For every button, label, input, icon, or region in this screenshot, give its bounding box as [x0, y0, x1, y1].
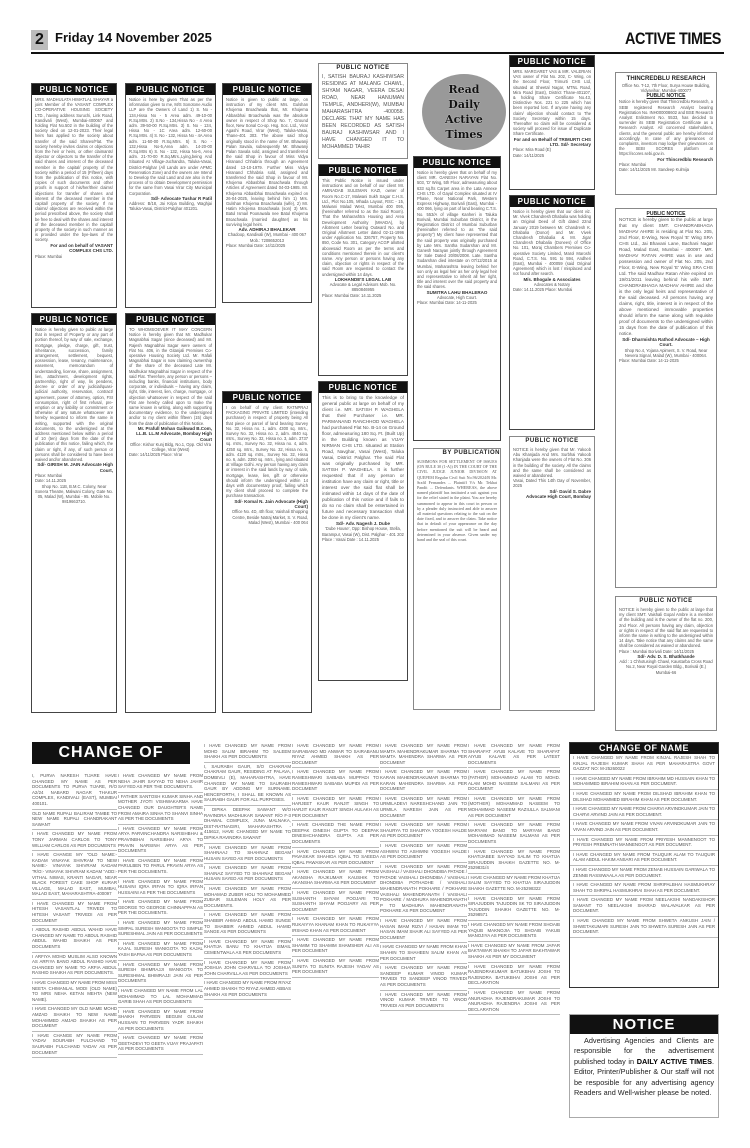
name-change-entry: I HAVE CHANGED MY NAME FROM TONY JARMAN … [32, 830, 117, 851]
notice-ambre: PUBLIC NOTICE NOTICE is hereby given to … [615, 596, 717, 731]
name-change-entry: I HAVE CHANGED MY NAME FROM PRIYESH MANN… [570, 836, 718, 851]
name-change-column-2: I HAVE CHANGED MY NAME FROM NEHA JAHIR S… [118, 772, 203, 1055]
notice-body: TO WHOMSOEVER IT MAY CONCERN Notice is h… [129, 327, 212, 426]
notice-body: Notice is hereby given that on behalf of… [417, 170, 497, 290]
notice-khanjada: PUBLIC NOTICE NOTICE is hereby given tha… [509, 436, 595, 711]
name-change-entry: I HAVE CHANGED MY NAME FROM GEETADEVI TO… [118, 1034, 203, 1055]
notice-broachwala: PUBLIC NOTICE Notice is given to public … [222, 83, 312, 303]
name-change-entry: I HAVE CHANGED MY NAME FROM TAUQUIR ALAM… [570, 851, 718, 866]
notice-date: Place: Mumbai Date: 14/11/2025 [226, 243, 308, 248]
notice-title: BY PUBLICATION [414, 449, 500, 457]
name-change-entry: I HAVE CHANGED MY NAME FROM SHRIPALBHAI … [570, 881, 718, 896]
org-address: Office No. T-12, 7th Floor, Surya House … [619, 83, 713, 93]
name-change-entry: I HAVE CHANGED MY NAME FROM (FATHER) MOH… [468, 768, 560, 794]
notice-date: Place: Mumbai Date: 14-11-2025 [417, 300, 497, 305]
issue-date: Friday 14 November 2025 [55, 30, 212, 45]
notice-vasant-complex: PUBLIC NOTICE MRS. MADHULATA HIMATLAL SH… [31, 83, 117, 308]
name-change-entry: I HAVE CHANGED MY NAME FROM NEELAKSHI NA… [570, 896, 718, 917]
notice-body: MRS. MARGARET VAS & MR. VALERIAN VAS own… [513, 69, 591, 137]
name-change-column-3: I HAVE CHANGED MY NAME FROM MOHD SALIM I… [204, 742, 291, 1000]
name-change-entry: I HAVE CHANGED MY NAME FROM SHAURYA TO S… [380, 821, 467, 842]
notice-court-summons: BY PUBLICATION SUMMONS FOR SETTLEMENT OF… [413, 448, 501, 710]
name-change-entry: I HAVE CHANGED MY NAME FROM KHAN SHAHIN … [380, 943, 467, 964]
name-change-entry: I HAVE CHANGED MY NAME FROM SHARAFAT AYU… [468, 742, 560, 768]
notice-date: Place : Vasai Date : 14.11.2025 [322, 537, 404, 542]
notice-body: Notice is here by given That as per the … [129, 97, 212, 196]
name-change-column-5: I HAVE CHANGED MY NAME FROM MAMTA MAHEND… [380, 742, 467, 1011]
notice-ahire: PUBLIC NOTICE NOTICE is hereby given to … [615, 208, 717, 588]
name-change-entry: I HAVE CHANGED MY OLD NAME MOHD AMZAD SH… [32, 1005, 117, 1031]
notice-address: Add : 1 Chhotusingh Chawl, Kaustarba Cro… [619, 659, 713, 675]
notice-thincredblu: THINCREDBLU RESEARCH Office No. T-12, 7t… [615, 72, 717, 195]
promo-line: Active [445, 112, 483, 127]
notice-title: PUBLIC NOTICE [616, 597, 716, 605]
notice-satish-name: PUBLIC NOTICE I, SATISH BAURAJ KASHIWSAR… [318, 63, 408, 159]
notice-signoff: Sd/- Komal N. Jain Advocate (High Court) [226, 499, 308, 510]
notice-title: PUBLIC NOTICE [223, 392, 311, 403]
name-change-entry: I HAVE CHANGED MY NAME FROM SHWETA ANKUS… [570, 917, 718, 938]
masthead-brand: ACTIVE TIMES [625, 29, 721, 49]
name-change-entry: I HAVE CHANGED MY NAME FROM SHAINAZ SAYY… [204, 864, 291, 885]
name-change-entry: I HAVE CHANGED MY NAME FROM DILSHAD IBRA… [570, 790, 718, 805]
notice-title: PUBLIC NOTICE [223, 84, 311, 95]
name-change-entry: I HAVE CHANGED MY NAME FROM VINOD KUMAR … [380, 991, 467, 1012]
notice-body: I, SATISH BAURAJ KASHIWSAR RESIDING AT M… [322, 74, 404, 151]
name-change-entry: I HAVE CHANGED MY NAME FROM JAFAR BAKTAW… [468, 942, 560, 963]
name-change-entry: I HAVE CHANGED MY NAME FROM HITESH VASAN… [32, 900, 117, 926]
name-change-entry: I HAVE CHANGED MY NAME FROM SHOAIB YAQUB… [468, 921, 560, 942]
promo-line: Read [449, 82, 480, 97]
notice-body: Notice is hereby given to public at larg… [35, 327, 113, 462]
promo-line: Daily [448, 97, 479, 112]
name-change-entry: I HAVE CHANGED MY NAME FROM SANDEEP KUMA… [380, 964, 467, 990]
notice-signoff: For and on behalf of VASANT COMPLEX CHS … [35, 243, 113, 254]
notice-signoff: For and on Behalf of TRIMURTI CHS LTD. S… [513, 137, 591, 148]
name-change-entry: I HAVE CHANGED MY NAME FROM SURESH BHIMR… [118, 961, 203, 987]
name-change-entry: I HAVE CHANGED MY NAME FROM AKANSHA RAJK… [292, 868, 379, 889]
name-change-entry: I HAVE CHANGED MY NAME FROM MAMTA MAHEND… [380, 742, 467, 768]
name-change-entry: I HAVE CHANGED MY NAME FROM MOHAMAD ZUBE… [204, 885, 291, 911]
name-change-entry: I HAVE CHANGED MY NAME FROM ARYA PARVINC… [118, 825, 203, 857]
name-change-entry: I HAVE CHANGED MY NAME FROM SUSHANTH SHY… [292, 889, 379, 915]
name-change-entry: I HAVE CHANGED MY NAME FROM MOHD SALIM I… [204, 742, 291, 763]
notice-ganesh-narayan: PUBLIC NOTICE Notice is hereby given tha… [413, 156, 501, 441]
notice-title: PUBLIC NOTICE [319, 64, 407, 72]
notice-date: Vasai, Dated This 14th Day of November, … [513, 478, 591, 488]
name-change-entry: I HAVE CHANGED MY NAME FROM LAL MOHAMMAD… [118, 987, 203, 1008]
notice-date: Date: 14.11.2025 Place: Mumbai [513, 287, 591, 292]
notice-place: Office: Kishor Kunj Bldg, No.1, Opp. Old… [129, 442, 212, 452]
name-change-column-4: I HAVE CHANGED MY NAME FROM SAIRABANO MD… [292, 742, 379, 978]
notice-place: 'Dube House', Opp: Bishop House, Stella,… [322, 526, 404, 536]
notice-body: NOTICE is hereby given to the public at … [619, 607, 713, 649]
name-change-entry: I HAVE CHANGED MY NAME FROM SHABBIR AHMA… [204, 911, 291, 937]
notice-gitanjali: PUBLIC NOTICE TO WHOMSOEVER IT MAY CONCE… [125, 313, 216, 713]
name-change-entry: I HAVE CHANGED MY NAME FROM HUSAINI IQRA… [118, 878, 203, 899]
name-change-entry: I ARFIYA MOHD MUSLIM ALSO KNOWN AS ARFIY… [32, 953, 117, 979]
name-change-entry: I HAVE CHANGED MY NAME FROM SHAHNAAJ TO … [204, 844, 291, 865]
change-of-name-box: CHANGE OF NAME I HAVE CHANGED MY NAME FR… [569, 742, 719, 988]
name-change-entry: I HAVE CHANGED MY NAME FROM ZENAB HUSSAI… [570, 866, 718, 881]
notice-body: NOTICE is hereby given to the public at … [619, 217, 713, 337]
notice-signoff: Sd/- GIRISH M. JAIN Advocate High Court, [35, 462, 113, 473]
change-of-name-heading: CHANGE OF NAME [32, 742, 190, 764]
notice-place: Shop No.4, Yojana Apiment, S. V. Road, N… [619, 348, 713, 358]
notice-body: Notice is hereby given that our client v… [513, 209, 591, 277]
notice-date: Date: 14/11/2025 [513, 153, 591, 158]
name-change-entry: I FATHER SANTOSH KUMAR SINHA AND MOTHER … [118, 793, 203, 825]
notice-body: This Public Notice is issued under instr… [322, 178, 404, 277]
name-change-entry: I HAVE CHANGED MY NAME FROM ANURADHA RAJ… [468, 989, 560, 1015]
notice-body: SUMMONS FOR SETTLEMENT OF ISSUES (ON RUL… [417, 459, 497, 542]
name-change-entry: I HAVE CHANGED MY NAME FROM RIYAZ AHMED … [204, 979, 291, 1000]
notice-date: Date: 14/11/2025 Place: Virar [129, 452, 212, 457]
page-header: 2 Friday 14 November 2025 [31, 27, 345, 53]
notice-dhabalia: PUBLIC NOTICE Notice is hereby given tha… [509, 195, 595, 430]
notice-title: PUBLIC NOTICE [414, 157, 500, 168]
notice-title: PUBLIC NOTICE [126, 314, 215, 325]
notice-place: Advocate High Court, Bombay [513, 494, 591, 499]
notice-body: Notice is given to public at large, on i… [226, 97, 308, 227]
name-change-entry: I HAVE CHANGED MY NAME FROM SUNITA TO SU… [292, 957, 379, 978]
notice-title: PUBLIC NOTICE [510, 196, 594, 207]
name-change-entry: I HAVE CHANGED MY NAME FROM SIRAJUDDIN T… [468, 895, 560, 921]
notice-title: PUBLIC NOTICE [319, 382, 407, 393]
disclaimer-text: Advertising Agencies and Clients are res… [570, 1034, 718, 1100]
name-change-entry: I HAVE CHANGED MY NAME FROM HARJEET KAUR… [292, 795, 379, 821]
notice-body: Notice is hereby given that Thincredblu … [619, 99, 713, 156]
name-change-entry: I HAVE CHANGED MY NAME FROM URMILADEVI N… [380, 795, 467, 821]
notice-title: PUBLIC NOTICE [510, 56, 594, 67]
notice-margaret-vas: PUBLIC NOTICE MRS. MARGARET VAS & MR. VA… [509, 55, 595, 190]
read-daily-active-times-badge: Read Daily Active Times [422, 74, 506, 150]
name-change-column-1: I, PURVA NARESH TIJARE HAVE CHANGED MY N… [32, 772, 117, 1058]
name-change-entry: I HAVE CHANGED MY NAME FROM SAIRABANO MD… [292, 742, 379, 768]
name-change-entry: I, SAURABH GAUR, S/O CHAKRAM CHAKRAM GAU… [204, 763, 291, 806]
name-change-entry: I HAVE CHANGED MY NAME FROM MISS NEETA C… [32, 979, 117, 1005]
notice-title: PUBLIC NOTICE [32, 84, 116, 95]
notice-date: Place: Mumbai Date: 14-11-2025 [619, 358, 713, 363]
notice-title: PUBLIC NOTICE [126, 84, 215, 95]
notice-body: MRS. MADHULATA HIMATLAL SHAYAR a joint M… [35, 97, 113, 243]
notice-place: Advocate & Legal Advisors Mob. No. 88508… [322, 282, 404, 292]
notice-body: I on behalf of my client RATNPRAJ PACKAG… [226, 405, 308, 499]
name-change-entry: I HAVE CHANGED MY NAME FROM KARAN MAHEND… [380, 768, 467, 794]
header-rule [31, 52, 724, 54]
disclaimer-heading: NOTICE [570, 1015, 718, 1034]
notice-title: PUBLIC NOTICE [510, 437, 594, 445]
notice-date: Place: Mumbai Date: 14.11.2025 [322, 293, 404, 298]
advertising-disclaimer: NOTICE Advertising Agencies and Clients … [569, 1014, 719, 1118]
notice-signoff: Sd/- Dharmishta Rathod Advocate – High C… [619, 337, 713, 348]
notice-place: Place: Mumbai [35, 254, 113, 259]
notice-address: Shop No. 11B, B.M.C. Colony, Near Sonera… [35, 484, 113, 505]
name-change-entry: I DIPIKA DEEPAK SAWANT W/O RAVINDRA MADH… [204, 806, 291, 844]
name-change-entry: I HAVE CHANGED MY NAME FROM PARULBEN TO … [118, 857, 203, 878]
name-change-entry: I HAVE CHANGED THE NAME FROM DEEPAK DINE… [292, 821, 379, 847]
notice-sonotone: PUBLIC NOTICE Notice is here by given Th… [125, 83, 216, 308]
notice-signoff: Mr. Prafull Mohan Gaikwad B.Com, LL.B. L… [129, 426, 212, 442]
name-change-entry: I HAVE CHANGED MY NAME FROM KHATIJA SALI… [468, 874, 560, 895]
name-change-entry: I HAVE CHANGED MY NAME FROM SIMPAL SURES… [118, 919, 203, 940]
name-change-entry: I HAVE CHANGED MY NAME FROM RUKAIYYA KHA… [292, 915, 379, 936]
notice-waghela: PUBLIC NOTICE This is to bring to the kn… [318, 381, 408, 681]
name-change-entry: I HAVE CHANGED MY NAME FROM RAMESHWARI S… [292, 768, 379, 794]
name-change-entry: I HAVE CHANGED MY NAME FROM SHAMIM TO SH… [292, 936, 379, 957]
notice-date: Date: 14/11/2025 Mr. Sandeep Kulmija [619, 167, 713, 172]
name-change-entry: I HAVE CHANGE MY "OLD NAME:- KADAM VINAY… [32, 851, 117, 900]
name-change-entry: I, PURVA NARESH TIJARE HAVE CHANGED MY N… [32, 772, 117, 810]
name-change-entry: I HAVE CHANGED MY NAME FROM PAVASKAR SHA… [292, 848, 379, 869]
notice-girish-jain: PUBLIC NOTICE Notice is hereby given to … [31, 313, 117, 713]
notice-aminadab: PUBLIC NOTICE This Public Notice is issu… [318, 164, 408, 376]
name-change-entry: I HAVE CHANGED MY NAME FROM MARYAM BANO … [468, 821, 560, 847]
name-change-entry: I HAVE CHANGED MY NAME FROM KINJAL RAJES… [570, 754, 718, 775]
name-change-entry: I HAVE CHANGED MY NAME FROM VAISHALI / V… [380, 863, 467, 917]
org-name: THINCREDBLU RESEARCH [619, 75, 713, 83]
name-change-entry: I HAVE CHANGED MY NAME FROM NEHA JAHIR S… [118, 772, 203, 793]
notice-body: NOTICE is hereby given that Mr. Yakoob A… [513, 447, 591, 478]
name-change-entry: I HAVE CHANGED MY NAME FROM (MOTHER) MOH… [468, 795, 560, 821]
notice-body: This is to bring to the knowledge of gen… [322, 395, 404, 521]
notice-title: PUBLIC NOTICE [32, 314, 116, 325]
name-change-column-6: I HAVE CHANGED MY NAME FROM SHARAFAT AYU… [468, 742, 560, 1015]
disclaimer-brand: DAILY ACTIVE TIMES [637, 1057, 712, 1066]
name-change-entry: I HAVE CHANGED MY NAME FROM CHARVI ARVIN… [570, 805, 718, 820]
notice-place: Office No. 4D, 4th floor, Vaishali Shopp… [226, 509, 308, 525]
notice-ratnpraj: PUBLIC NOTICE I on behalf of my client R… [222, 391, 312, 713]
name-change-entry: I HAVE CHANGED MY NAME FROM JOSHUA JOHN … [204, 959, 291, 980]
name-change-entry: I HAVE CHANGED MY NAME FROM SHAIKH PARVE… [118, 1008, 203, 1034]
name-change-entry: I HAVE CHANGED MY NAME FROM KAJAL SURESH… [118, 940, 203, 961]
name-change-entry: OLD NAME RUPALI BALIRAM TAMBE TO NEW NAM… [32, 810, 117, 831]
name-change-entry: I HAVE CHANGED MY NAME FROM HASAN IMAM R… [380, 917, 467, 943]
notice-title: PUBLIC NOTICE [319, 165, 407, 176]
name-change-entry: I HAVE CHANGED MY NAME FROM RAJENDRAKUMA… [468, 963, 560, 989]
promo-line: Times [445, 127, 482, 142]
name-change-entry: I HAVE CHANGED MY NAME FROM IBRAHIM MD H… [570, 775, 718, 790]
name-change-entry: I HAVE CHANGED MY NAME FROM KHATIJABEE S… [468, 848, 560, 874]
page-number: 2 [31, 30, 48, 50]
name-change-entry: I HAVE CHANGE MY NAME FROM YADAV SOURABH… [32, 1032, 117, 1058]
name-change-entry: I HAVE CHANGED MY NAME FROM ASHWINI TO A… [380, 842, 467, 863]
name-change-entry: I ABDUL RASHID ABDUL WAHID HAVE CHANGED … [32, 926, 117, 952]
name-change-entry: I HAVE CHANGED MY NAME FROM GEORGE TO GE… [118, 898, 203, 919]
change-of-name-box-heading: CHANGE OF NAME [570, 743, 718, 754]
notice-place: Chadoop, Kandivali (W), Mumbai - 400 067… [226, 232, 308, 242]
name-change-entry: I HAVE CHANGED MY NAME FROM VIVAN ARVIND… [570, 820, 718, 835]
notice-place: Address: B/18, Jai Kripa Building, Waghj… [129, 201, 212, 211]
name-change-entry: I HAVE CHANGED MY NAME FROM KHATIJA BANU… [204, 938, 291, 959]
